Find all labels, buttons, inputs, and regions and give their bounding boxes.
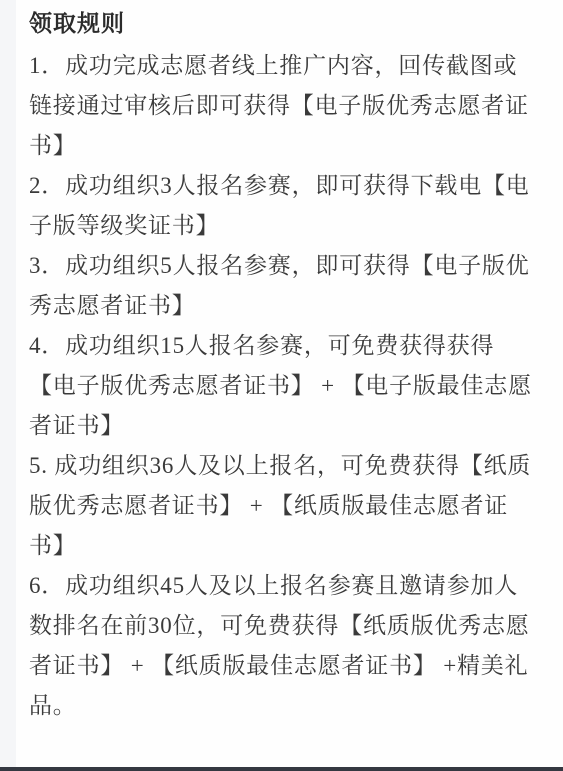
rule-item-5: 5. 成功组织36人及以上报名，可免费获得【纸质 版优秀志愿者证书】 + 【纸质… xyxy=(29,446,555,566)
bottom-divider xyxy=(0,767,563,771)
rule-item-3: 3．成功组织5人报名参赛，即可获得【电子版优 秀志愿者证书】 xyxy=(29,246,555,326)
left-gutter xyxy=(0,0,16,771)
rules-panel: 领取规则 1．成功完成志愿者线上推广内容，回传截图或 链接通过审核后即可获得【电… xyxy=(16,0,563,763)
rule-item-1: 1．成功完成志愿者线上推广内容，回传截图或 链接通过审核后即可获得【电子版优秀志… xyxy=(29,46,555,166)
section-title: 领取规则 xyxy=(29,0,555,46)
rule-item-4: 4．成功组织15人报名参赛，可免费获得获得 【电子版优秀志愿者证书】 + 【电子… xyxy=(29,326,555,446)
rule-item-6: 6．成功组织45人及以上报名参赛且邀请参加人 数排名在前30位，可免费获得【纸质… xyxy=(29,566,555,726)
rule-item-2: 2．成功组织3人报名参赛，即可获得下载电【电 子版等级奖证书】 xyxy=(29,166,555,246)
